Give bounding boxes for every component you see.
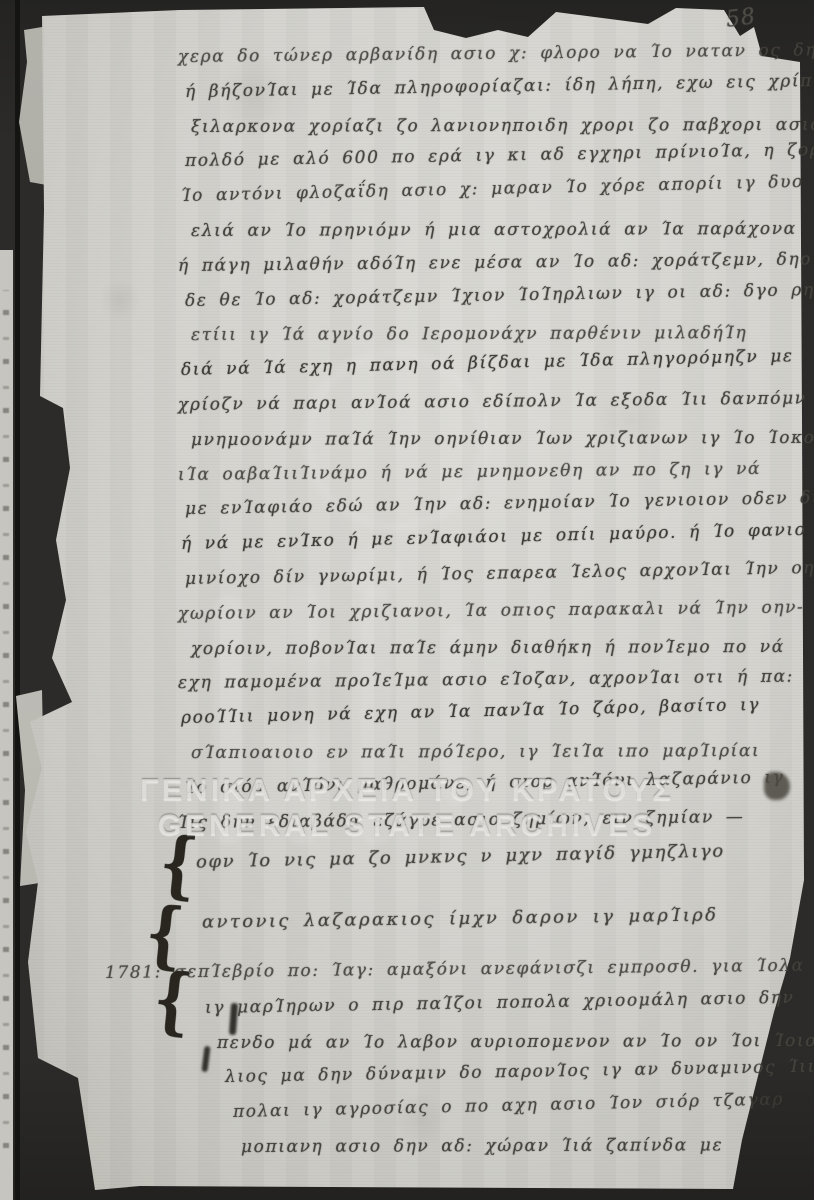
archive-watermark-english: GENERAL STATE ARCHIVES	[0, 809, 814, 843]
date-line: μοπιανη ασιο δην αδ: χώραν Ίιά ζαπίνδα μ…	[241, 1128, 814, 1165]
facing-page-edge	[0, 250, 13, 1200]
handwriting-line: χωρίοιν αν Ίοι χριζιανοι, Ία οπιος παρακ…	[178, 589, 814, 632]
margin-brace-mark: {	[151, 966, 195, 1035]
dated-entry-block: 1781: σεπΊεβρίο πο: Ίαγ: αμαξόνι ανεφάνι…	[105, 956, 814, 1165]
page-number: 58	[725, 4, 758, 32]
handwritten-text-block: χερα δο τώνερ αρβανίδη ασιο χ: φλορο να …	[178, 40, 814, 840]
archive-scan-photo: χερα δο τώνερ αρβανίδη ασιο χ: φλορο να …	[0, 0, 814, 1200]
handwriting-line: χρίοζν νά παρι ανΊοά ασιο εδίπολν Ία εξο…	[178, 380, 814, 423]
book-spine-line	[15, 0, 20, 1200]
archive-watermark-greek: ΓΕΝΙΚΑ ΑΡΧΕΙΑ ΤΟΥ ΚΡΑΤΟΥΣ	[0, 772, 814, 808]
